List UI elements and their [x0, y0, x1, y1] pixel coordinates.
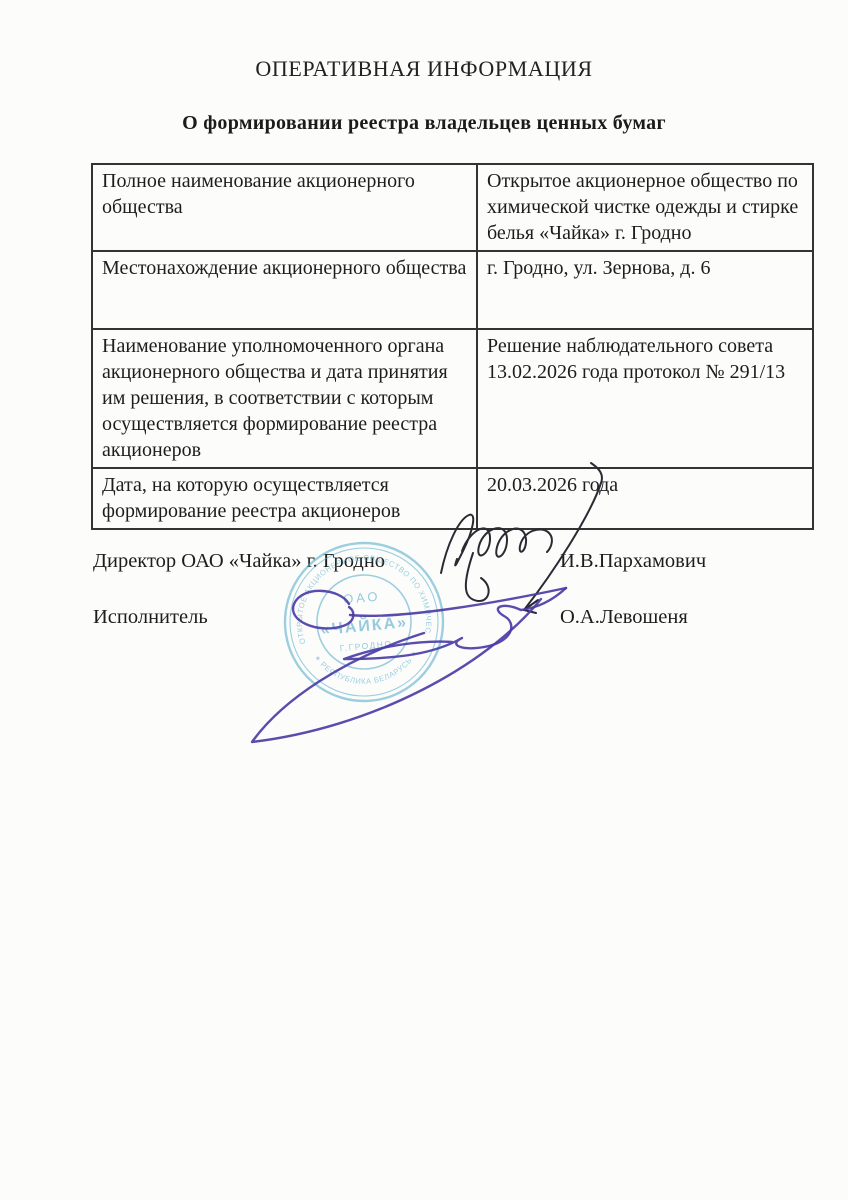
table-cell-label: Полное наименование акционерного обществ…	[92, 164, 477, 251]
executor-name: О.А.Левошеня	[560, 606, 688, 629]
table-cell-label: Наименование уполномоченного органа акци…	[92, 329, 477, 468]
page-title: ОПЕРАТИВНАЯ ИНФОРМАЦИЯ	[0, 56, 848, 82]
executor-role-label: Исполнитель	[93, 606, 208, 629]
table-row: Наименование уполномоченного органа акци…	[92, 329, 813, 468]
table-cell-value: 20.03.2026 года	[477, 468, 813, 529]
table-cell-label: Дата, на которую осуществляется формиров…	[92, 468, 477, 529]
page-subtitle: О формировании реестра владельцев ценных…	[0, 112, 848, 135]
registry-info-table: Полное наименование акционерного обществ…	[91, 163, 814, 530]
stamp-city: Г.ГРОДНО	[339, 639, 393, 654]
table-cell-value: Решение наблюдательного совета 13.02.202…	[477, 329, 813, 468]
table-cell-value: Открытое акционерное общество по химичес…	[477, 164, 813, 251]
table-cell-value: г. Гродно, ул. Зернова, д. 6	[477, 251, 813, 329]
scanned-document-page: ОПЕРАТИВНАЯ ИНФОРМАЦИЯ О формировании ре…	[0, 0, 848, 1200]
table-row: Полное наименование акционерного обществ…	[92, 164, 813, 251]
stamp-org-name: «ЧАЙКА»	[320, 612, 409, 639]
stamp-org-abbr: ОАО	[343, 588, 381, 606]
table-row: Дата, на которую осуществляется формиров…	[92, 468, 813, 529]
director-name: И.В.Пархамович	[560, 550, 706, 573]
table-row: Местонахождение акционерного общества г.…	[92, 251, 813, 329]
executor-signature-ink	[252, 588, 566, 742]
svg-text:✶ РЕСПУБЛИКА БЕЛАРУСЬ ✶: ✶ РЕСПУБЛИКА БЕЛАРУСЬ ✶	[312, 645, 422, 691]
director-role-label: Директор ОАО «Чайка» г. Гродно	[93, 550, 385, 573]
table-cell-label: Местонахождение акционерного общества	[92, 251, 477, 329]
